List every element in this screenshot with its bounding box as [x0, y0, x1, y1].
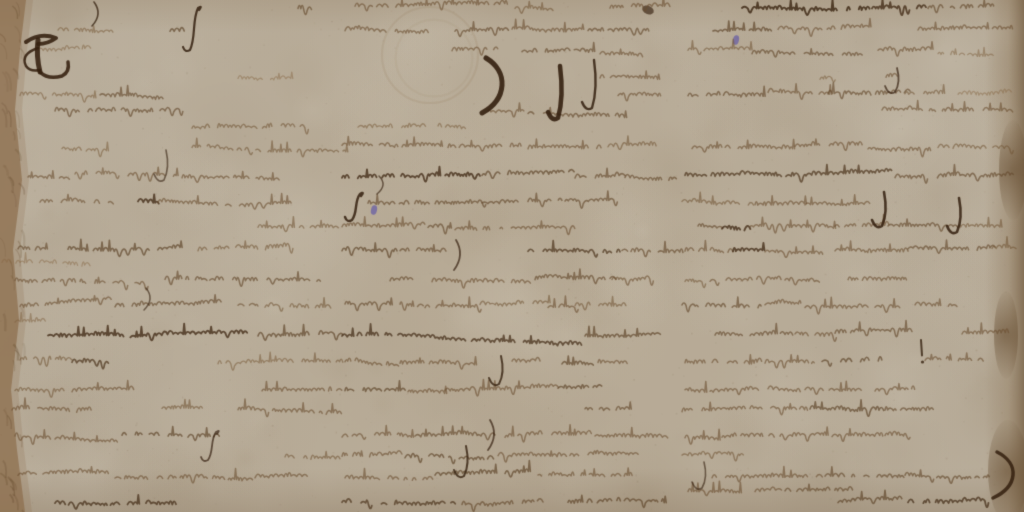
parchment-page [0, 0, 1024, 512]
manuscript-document [0, 0, 1024, 512]
